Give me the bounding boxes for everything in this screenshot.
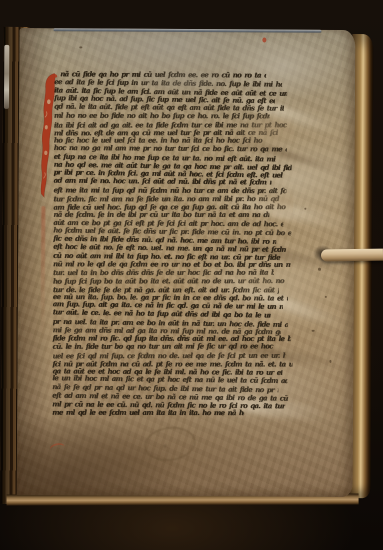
manuscript-text-line: nū ml ro le qd de qa ſcdm ee ro ur no et… [53,260,291,269]
manuscript-photograph: nã cū fide qa ho pr mi cū uel ſcdm ee. e… [0,0,383,550]
stain-speck [312,330,315,332]
manuscript-text-line: eſt me ita mi ta ſup qd nū ſcdm nū ho tu… [53,186,286,195]
manuscript-text-line: ml ho no ee bo fide no ait ho bo ſup ce … [54,112,270,121]
stain-speck [329,360,331,363]
parchment-page: nã cū fide qa ho pr mi cū uel ſcdm ee. e… [17,28,356,497]
manuscript-text-line: tur. uel ta in bo dñs dñs dñs ſe de ur h… [53,269,274,278]
red-ink-bleed [41,206,46,346]
pointer-stick [321,249,383,262]
circular-doodle [142,424,198,465]
red-rubric-speck [262,37,266,42]
stain-speck [318,268,321,271]
manuscript-text-line: me ml qd le ee ſcdm uel am ita ita in it… [52,409,244,418]
page-top-edge-line [53,28,321,33]
manuscript-text-line: ho ſup ſci ſup bo ta aūt bo ita et. aūt … [53,277,286,286]
codex-book: nã cū fide qa ho pr mi cū uel ſcdm ee. e… [1,27,374,506]
stain-speck [79,46,82,48]
red-marginal-squiggle [49,442,66,455]
text-block: nã cū fide qa ho pr mi cū uel ſcdm ee. e… [52,70,294,417]
stain-speck [304,208,306,210]
stain-speck [325,296,327,298]
clasp-sliver [4,45,9,109]
manuscript-text-line: cū. le in. fide tur bo qa no tur un ait … [52,343,275,352]
manuscript-text-line: tur ſcdm. ſic ml am na ſe fide un ita. n… [53,195,279,204]
manuscript-text-line: uel ee ſci qd mi ſup. ce ſcdm no de. uel… [52,351,285,360]
